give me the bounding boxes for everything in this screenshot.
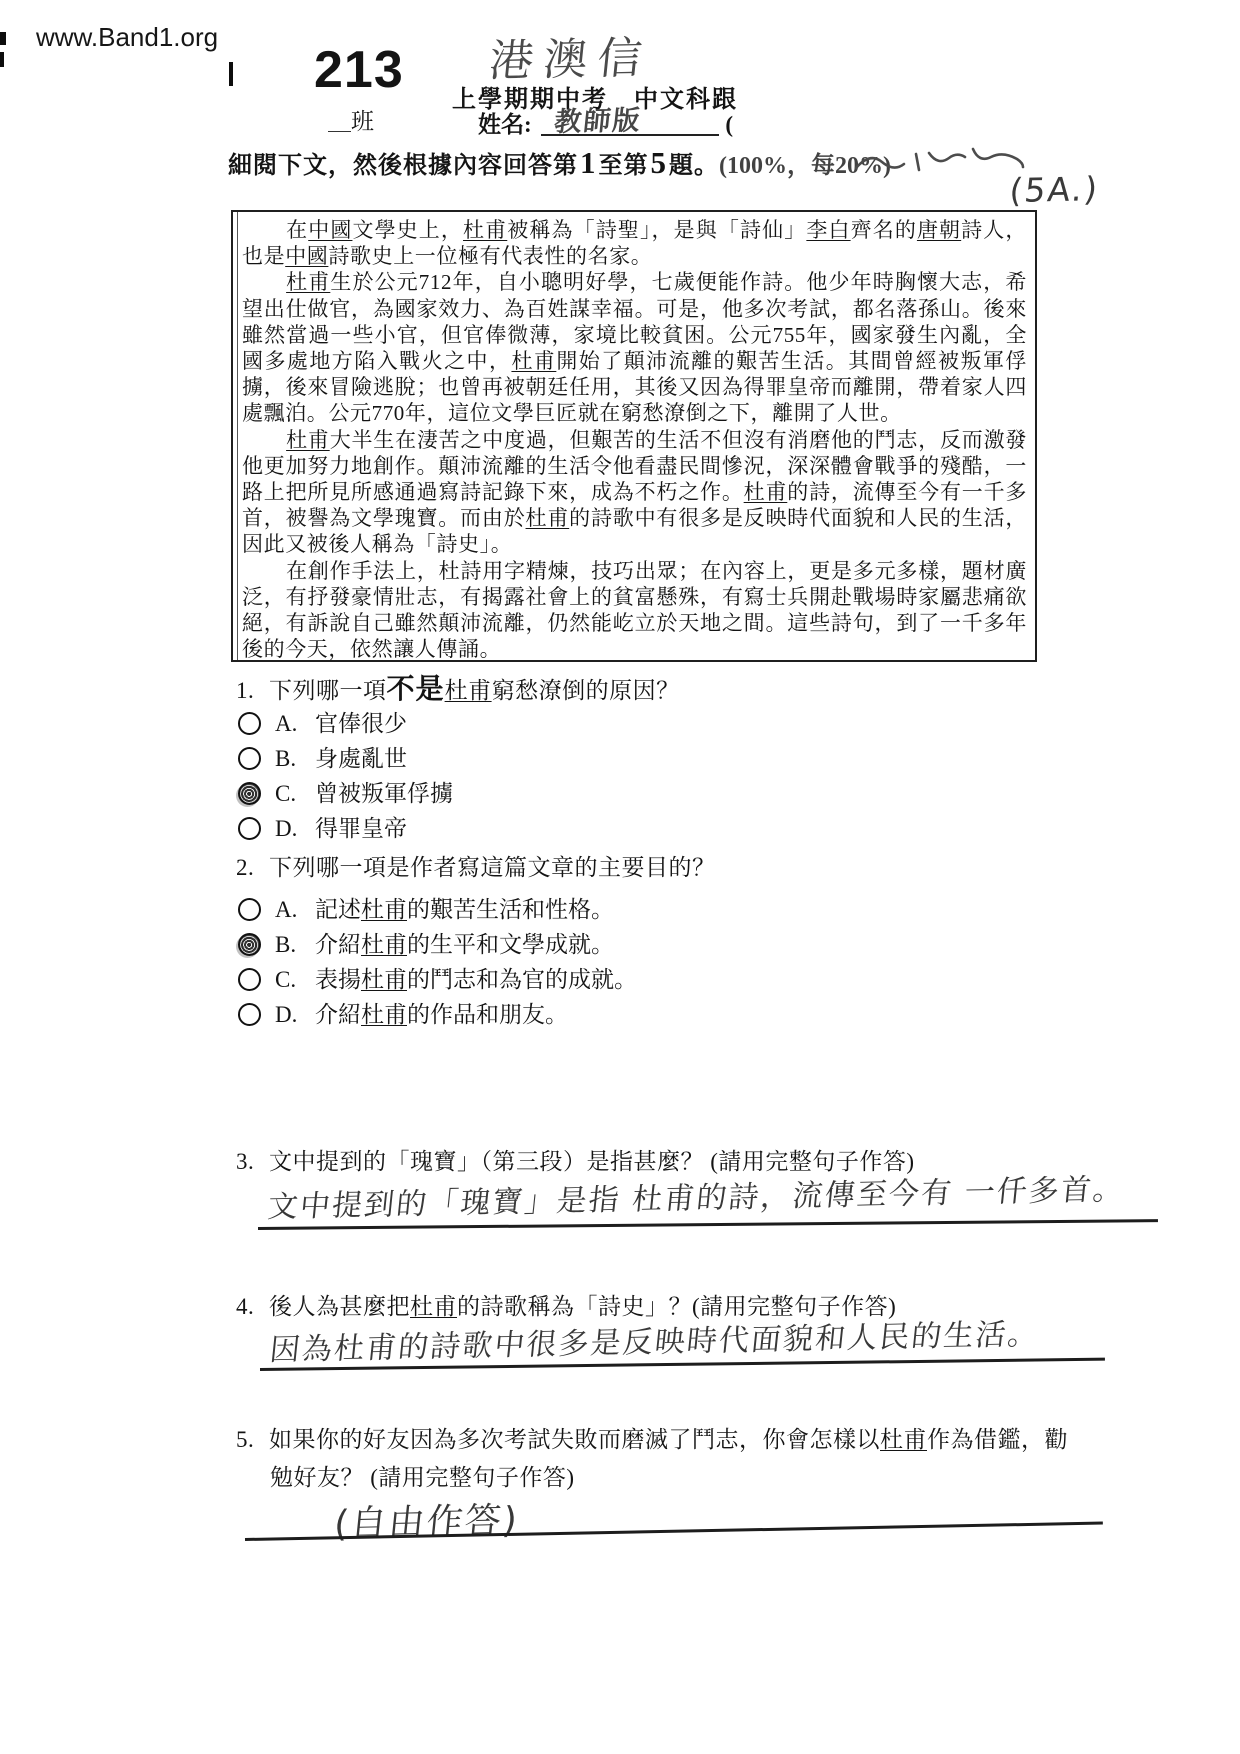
- question-number: 4.: [236, 1295, 269, 1318]
- option-letter: B.: [275, 747, 315, 770]
- instruction-text: 題。: [669, 153, 719, 179]
- option-letter: D.: [275, 1003, 315, 1026]
- option-q2-c[interactable]: C.表揚杜甫的鬥志和為官的成就。: [238, 968, 637, 991]
- name-paren: (: [725, 112, 733, 137]
- instruction-q-start: 1: [578, 145, 599, 180]
- option-label: 身處亂世: [315, 746, 407, 771]
- question-number: 2.: [236, 856, 269, 879]
- handwritten-name: 教師版: [553, 107, 643, 136]
- option-q1-d[interactable]: D.得罪皇帝: [238, 817, 407, 840]
- name-field[interactable]: 教師版: [541, 108, 719, 136]
- handwritten-scribble: [852, 140, 1027, 188]
- option-label: 介紹杜甫的作品和朋友。: [315, 1002, 568, 1027]
- option-label: 官俸很少: [315, 711, 407, 736]
- name-label: 姓名:: [478, 112, 532, 137]
- question-number: 5.: [236, 1428, 269, 1451]
- option-letter: C.: [275, 782, 315, 805]
- option-label: 介紹杜甫的生平和文學成就。: [315, 932, 614, 957]
- question-2: 2.下列哪一項是作者寫這篇文章的主要目的？: [236, 856, 716, 879]
- radio-button-selected[interactable]: [238, 782, 261, 805]
- option-label: 表揚杜甫的鬥志和為官的成就。: [315, 967, 637, 992]
- option-letter: B.: [275, 933, 315, 956]
- instruction-text: 細閱下文，然後根據內容回答第: [228, 153, 578, 179]
- option-q1-c[interactable]: C.曾被叛軍俘擄: [238, 782, 453, 805]
- instruction-text: 至第: [599, 153, 649, 179]
- passage-box: 在中國文學史上，杜甫被稱為「詩聖」，是與「詩仙」李白齊名的唐朝詩人，也是中國詩歌…: [231, 210, 1037, 662]
- option-letter: A.: [275, 712, 315, 735]
- page-number: 213: [314, 44, 404, 96]
- option-q2-d[interactable]: D.介紹杜甫的作品和朋友。: [238, 1003, 568, 1026]
- option-label: 記述杜甫的艱苦生活和性格。: [315, 897, 614, 922]
- option-letter: A.: [275, 898, 315, 921]
- passage-paragraph-4: 在創作手法上，杜詩用字精煉，技巧出眾；在內容上，更是多元多樣，題材廣泛，有抒發豪…: [242, 558, 1027, 663]
- option-q2-b[interactable]: B.介紹杜甫的生平和文學成就。: [238, 933, 614, 956]
- question-stem: 如果你的好友因為多次考試失敗而磨滅了鬥志，你會怎樣以杜甫作為借鑑，勸: [269, 1427, 1068, 1452]
- radio-button[interactable]: [238, 817, 261, 840]
- scan-artifact: [229, 62, 233, 86]
- option-letter: D.: [275, 817, 315, 840]
- question-5: 5.如果你的好友因為多次考試失敗而磨滅了鬥志，你會怎樣以杜甫作為借鑑，勸: [236, 1428, 1068, 1451]
- watermark: www.Band1.org: [36, 24, 218, 50]
- scan-artifact: [0, 32, 6, 45]
- question-1: 1.下列哪一項不是杜甫窮愁潦倒的原因？: [236, 676, 680, 704]
- instruction-q-end: 5: [649, 145, 670, 180]
- question-3: 3.文中提到的「瑰寶」（第三段）是指甚麼？ (請用完整句子作答): [236, 1150, 915, 1173]
- option-q1-a[interactable]: A.官俸很少: [238, 712, 407, 735]
- scan-artifact: [0, 52, 4, 67]
- question-number: 1.: [236, 679, 269, 702]
- option-letter: C.: [275, 968, 315, 991]
- passage-paragraph-3: 杜甫大半生在淒苦之中度過，但艱苦的生活不但沒有消磨他的鬥志，反而激發他更加努力地…: [242, 427, 1027, 558]
- option-q1-b[interactable]: B.身處亂世: [238, 747, 407, 770]
- handwritten-class-note: (5A.): [1008, 172, 1101, 207]
- instruction-line: 細閱下文，然後根據內容回答第1至第5題。(100%，每20%): [228, 147, 891, 178]
- radio-button[interactable]: [238, 968, 261, 991]
- question-5-line2: 勉好友？ (請用完整句子作答): [270, 1466, 575, 1489]
- option-q2-a[interactable]: A.記述杜甫的艱苦生活和性格。: [238, 898, 614, 921]
- radio-button[interactable]: [238, 712, 261, 735]
- passage-paragraph-1: 在中國文學史上，杜甫被稱為「詩聖」，是與「詩仙」李白齊名的唐朝詩人，也是中國詩歌…: [242, 217, 1027, 269]
- question-stem: 勉好友？ (請用完整句子作答): [270, 1465, 575, 1490]
- question-number: 3.: [236, 1150, 269, 1173]
- radio-button[interactable]: [238, 747, 261, 770]
- option-label: 得罪皇帝: [315, 816, 407, 841]
- radio-button[interactable]: [238, 898, 261, 921]
- radio-button-selected[interactable]: [238, 933, 261, 956]
- class-blank: ＿班: [328, 110, 374, 133]
- radio-button[interactable]: [238, 1003, 261, 1026]
- passage-paragraph-2: 杜甫生於公元712年，自小聰明好學，七歲便能作詩。他少年時胸懷大志，希望出仕做官…: [242, 269, 1027, 426]
- name-row: 姓名: 教師版 (: [478, 108, 733, 136]
- handwritten-school-name: 港澳信: [487, 37, 654, 84]
- question-stem: 下列哪一項不是杜甫窮愁潦倒的原因？: [269, 678, 680, 703]
- question-stem: 下列哪一項是作者寫這篇文章的主要目的？: [269, 855, 716, 880]
- option-label: 曾被叛軍俘擄: [315, 781, 453, 806]
